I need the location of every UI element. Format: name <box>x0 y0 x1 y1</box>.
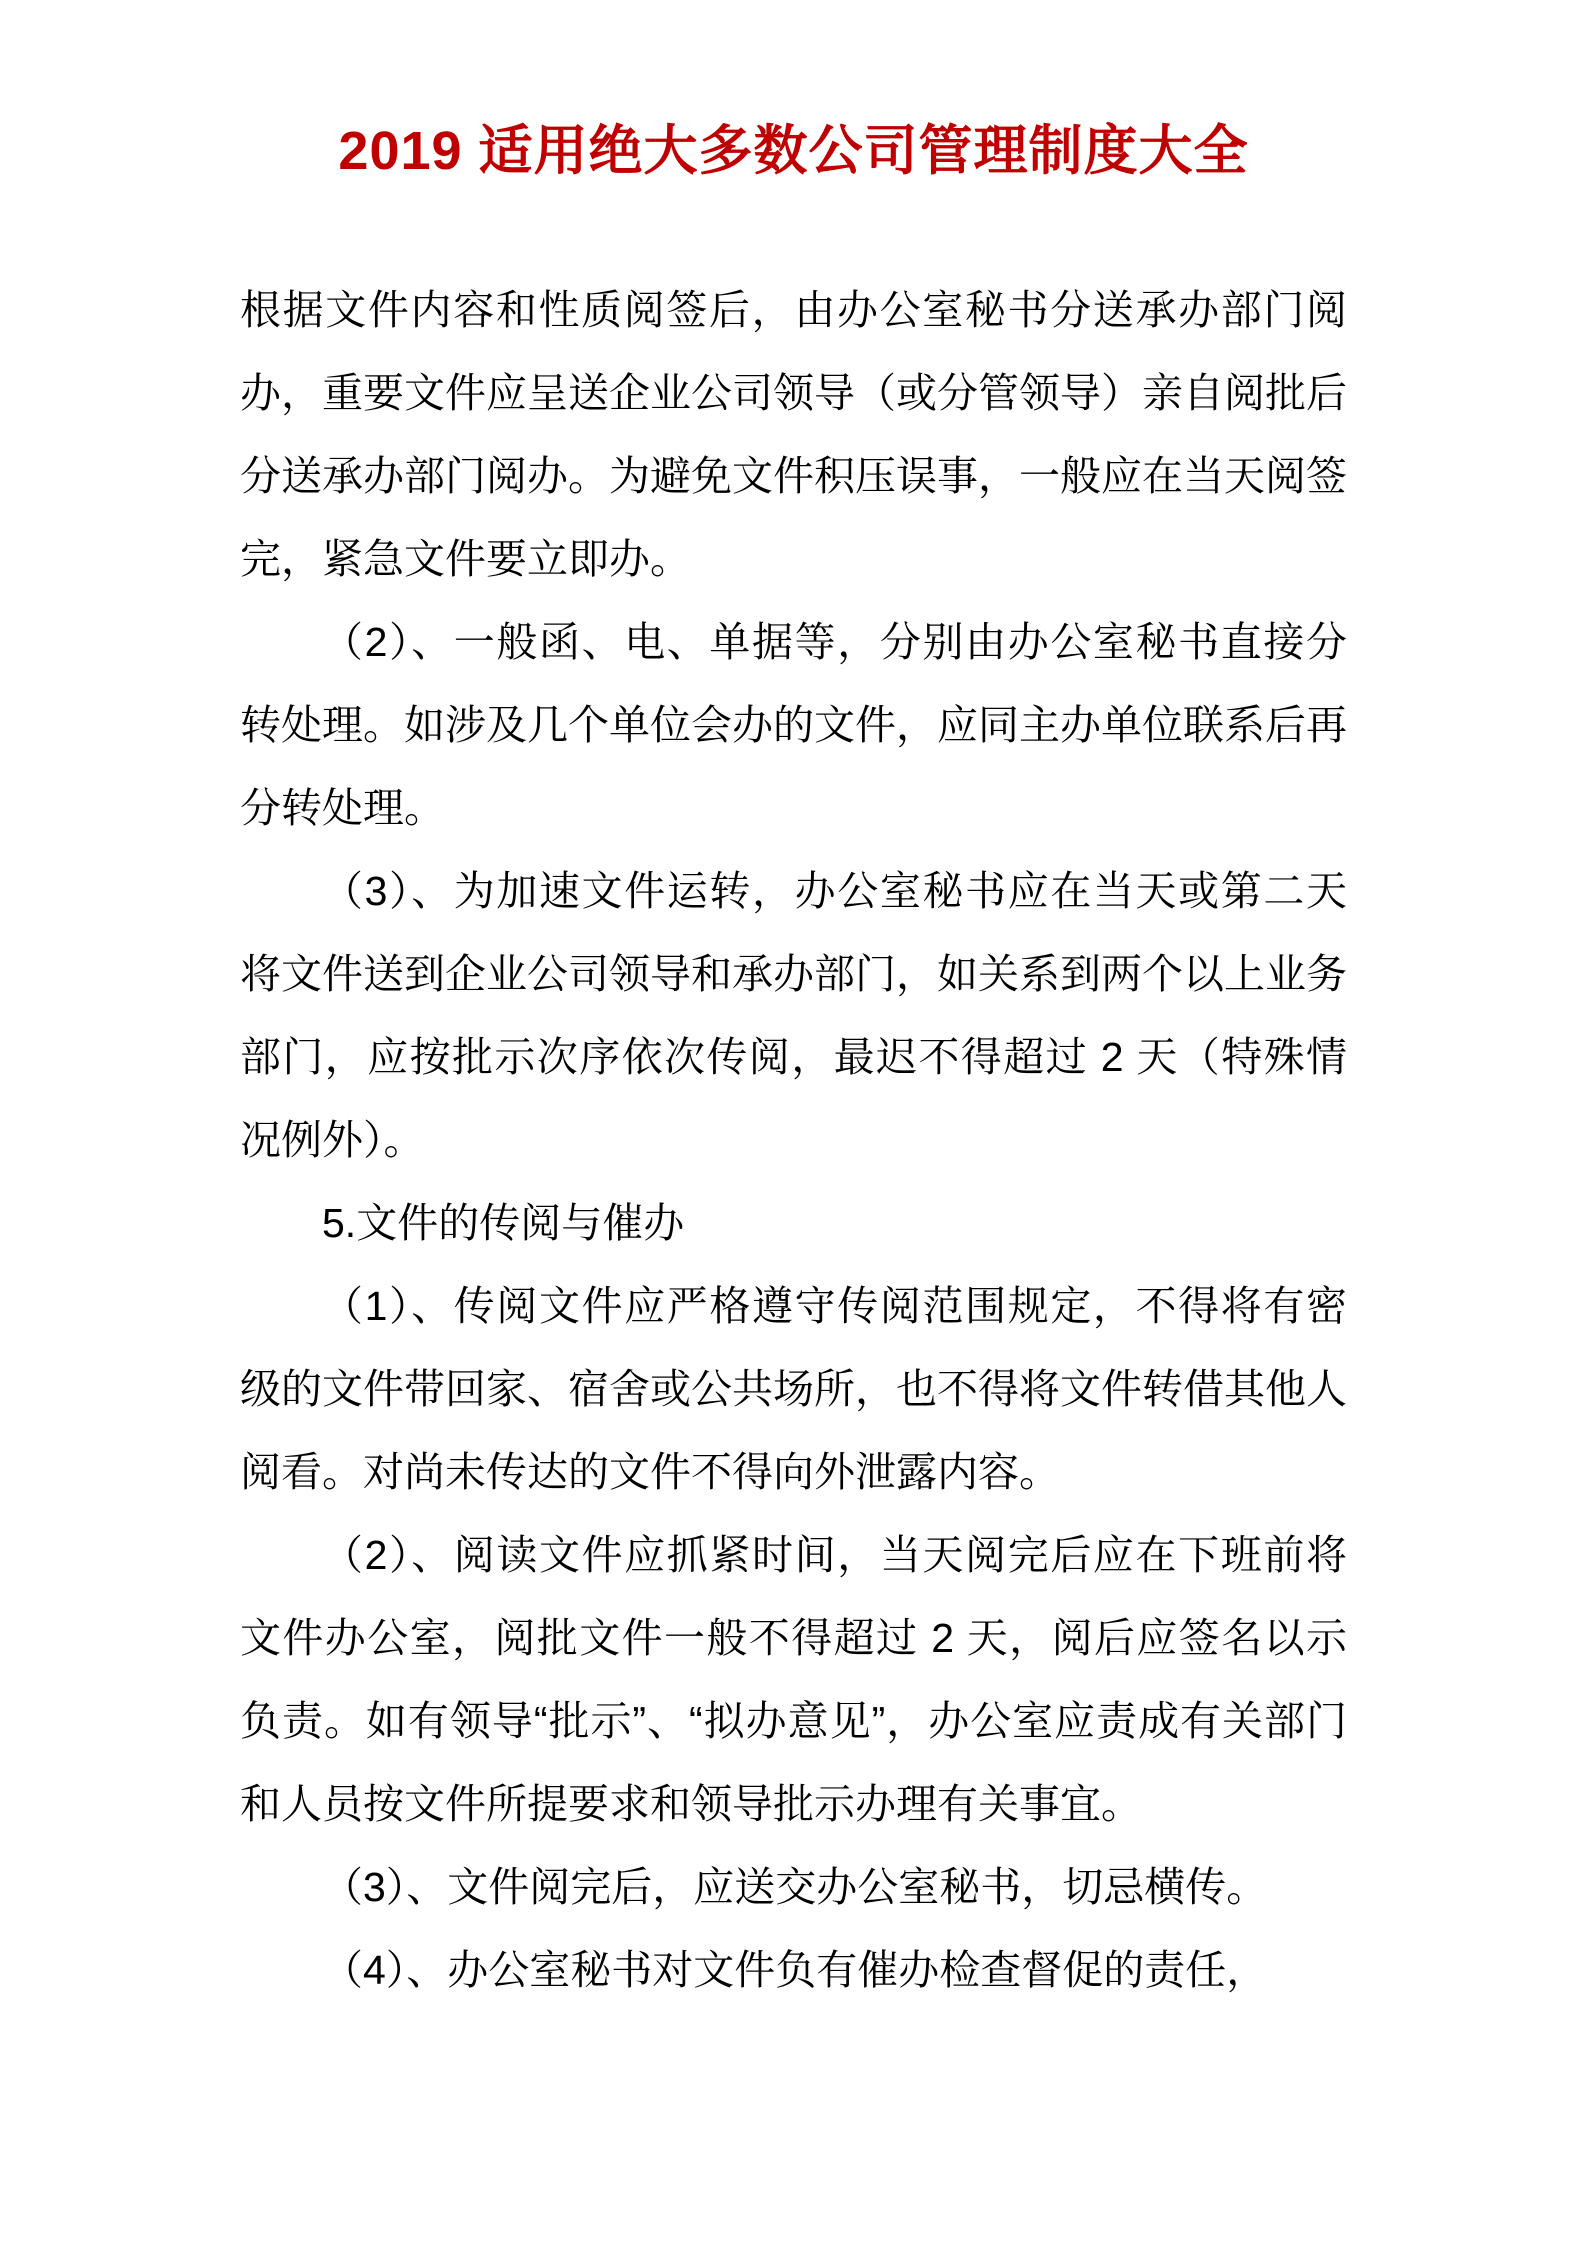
paragraph: （2）、阅读文件应抓紧时间，当天阅完后应在下班前将文件办公室，阅批文件一般不得超… <box>240 1514 1347 1846</box>
paragraph: （1）、传阅文件应严格遵守传阅范围规定，不得将有密级的文件带回家、宿舍或公共场所… <box>240 1265 1347 1514</box>
paragraph: （2）、一般函、电、单据等，分别由办公室秘书直接分转处理。如涉及几个单位会办的文… <box>240 601 1347 850</box>
document-body: 根据文件内容和性质阅签后，由办公室秘书分送承办部门阅办，重要文件应呈送企业公司领… <box>240 269 1347 2012</box>
section-heading: 5.文件的传阅与催办 <box>240 1182 1347 1265</box>
paragraph: （3）、文件阅完后，应送交办公室秘书，切忌横传。 <box>240 1846 1347 1929</box>
paragraph: （4）、办公室秘书对文件负有催办检查督促的责任， <box>240 1929 1347 2012</box>
document-page: 2019 适用绝大多数公司管理制度大全 根据文件内容和性质阅签后，由办公室秘书分… <box>0 0 1587 2245</box>
paragraph: 根据文件内容和性质阅签后，由办公室秘书分送承办部门阅办，重要文件应呈送企业公司领… <box>240 269 1347 601</box>
paragraph: （3）、为加速文件运转，办公室秘书应在当天或第二天将文件送到企业公司领导和承办部… <box>240 850 1347 1182</box>
document-title: 2019 适用绝大多数公司管理制度大全 <box>0 108 1587 194</box>
